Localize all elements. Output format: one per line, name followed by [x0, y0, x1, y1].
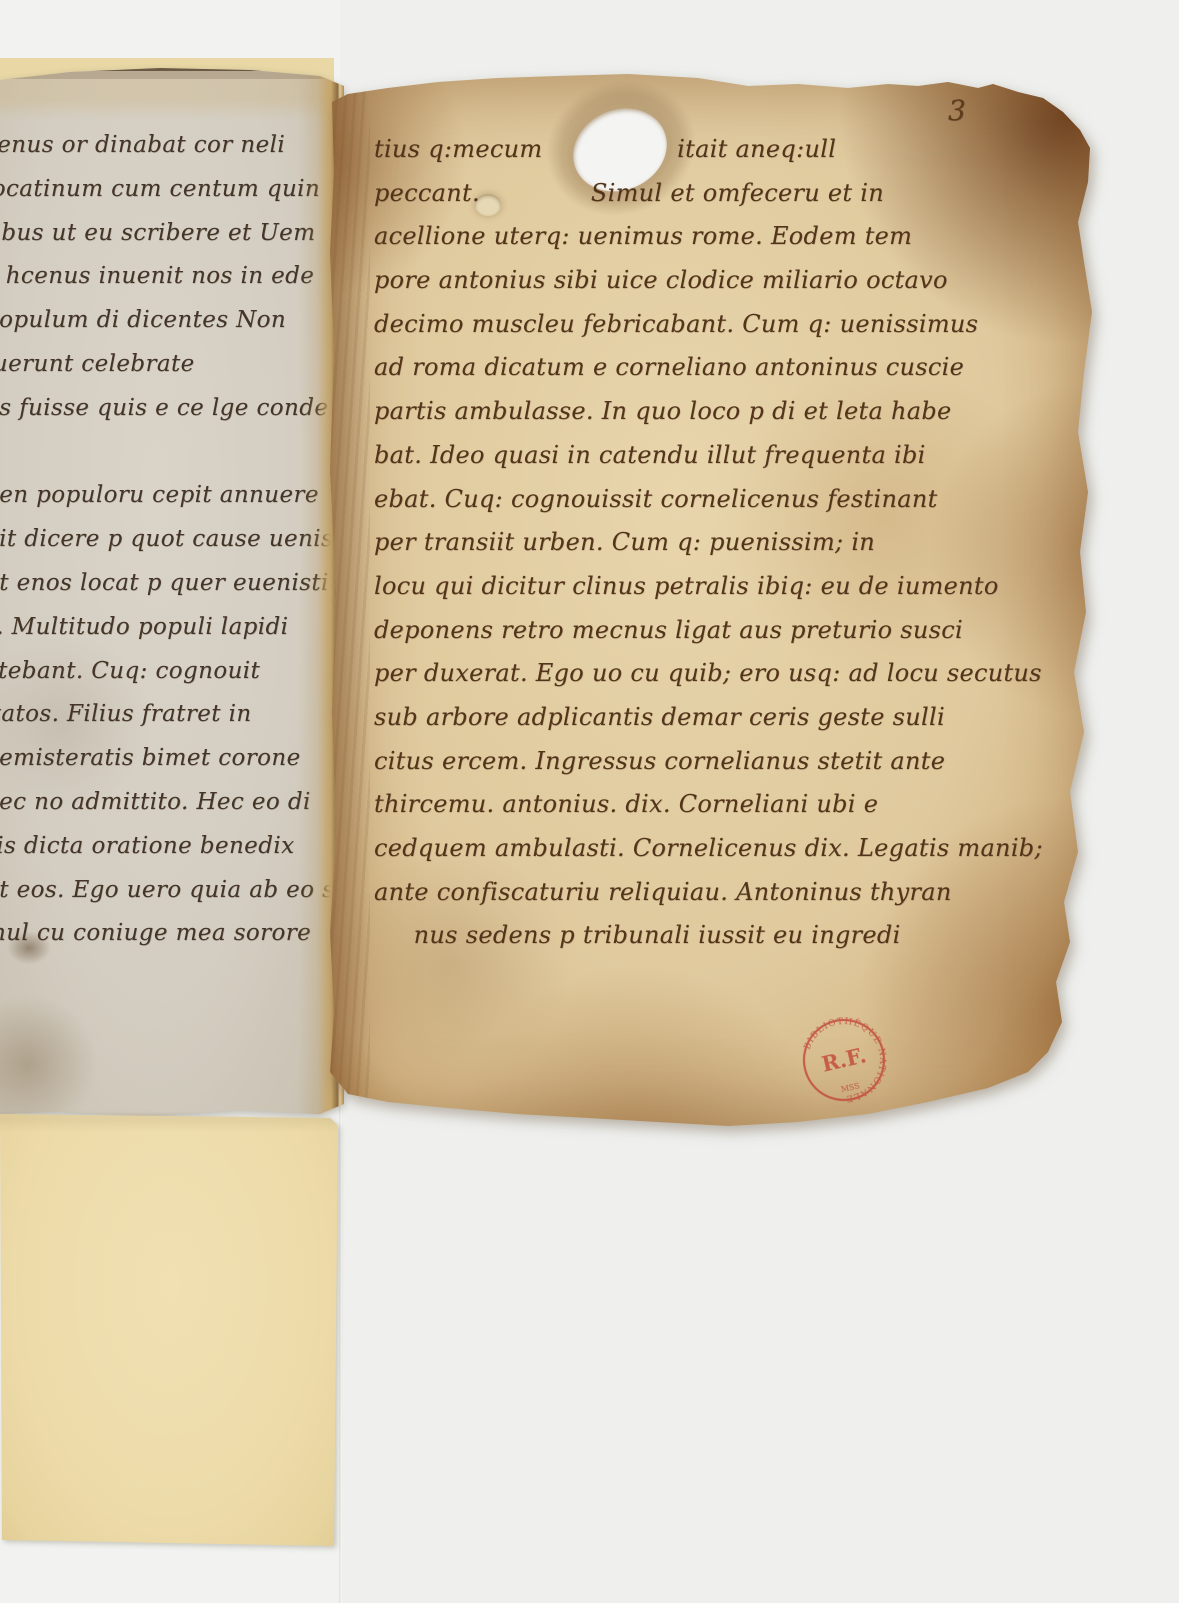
manuscript-line: locu qui dicitur clinus petralis ibiq: e…: [374, 565, 1074, 609]
manuscript-line: ebat. Cuq: cognouissit cornelicenus fest…: [374, 478, 1074, 522]
flyleaf: [0, 1106, 340, 1552]
left-margin-crumple: [328, 72, 370, 1134]
left-page: cenus or dinabat cor nelilocatinum cum c…: [0, 64, 344, 1128]
manuscript-line: tius q:mecum itait aneq:ull: [374, 128, 1074, 172]
stamp-center-label: R.F.: [819, 1042, 868, 1076]
right-page: 3 tius q:mecum itait aneq:ullpeccant. Si…: [328, 72, 1100, 1134]
manuscript-photo: cenus or dinabat cor nelilocatinum cum c…: [0, 0, 1179, 1603]
edge-nick-hole: [1069, 954, 1083, 970]
right-page-parchment: 3 tius q:mecum itait aneq:ullpeccant. Si…: [328, 72, 1100, 1134]
manuscript-line: per duxerat. Ego uo cu quib; ero usq: ad…: [374, 652, 1074, 696]
manuscript-line: cedquem ambulasti. Cornelicenus dix. Leg…: [374, 827, 1074, 871]
manuscript-line: sub arbore adplicantis demar ceris geste…: [374, 696, 1074, 740]
manuscript-line: decimo muscleu febricabant. Cum q: uenis…: [374, 303, 1074, 347]
manuscript-line: ad roma dicatum e corneliano antoninus c…: [374, 346, 1074, 390]
bnf-stamp-graphic: BIBLIOTHÈQUE NATIONALE R.F. MSS: [788, 1004, 901, 1117]
manuscript-line: ante confiscaturiu reliquiau. Antoninus …: [374, 871, 1074, 915]
manuscript-line: bat. Ideo quasi in catendu illut frequen…: [374, 434, 1074, 478]
manuscript-line: per transiit urben. Cum q: puenissim; in: [374, 521, 1074, 565]
manuscript-line: nus sedens p tribunali iussit eu ingredi: [374, 914, 1074, 958]
manuscript-line: deponens retro mecnus ligat aus preturio…: [374, 609, 1074, 653]
manuscript-line: thircemu. antonius. dix. Corneliani ubi …: [374, 783, 1074, 827]
right-page-text: tius q:mecum itait aneq:ullpeccant. Simu…: [374, 128, 1074, 958]
manuscript-line: peccant. Simul et omfeceru et in: [374, 172, 1074, 216]
manuscript-line: partis ambulasse. In quo loco p di et le…: [374, 390, 1074, 434]
manuscript-line: pore antonius sibi uice clodice miliario…: [374, 259, 1074, 303]
left-page-parchment: cenus or dinabat cor nelilocatinum cum c…: [0, 64, 344, 1128]
manuscript-line: acellione uterq: uenimus rome. Eodem tem: [374, 215, 1074, 259]
bnf-stamp: BIBLIOTHÈQUE NATIONALE R.F. MSS: [788, 1004, 901, 1117]
folio-number: 3: [948, 94, 966, 127]
manuscript-line: citus ercem. Ingressus cornelianus steti…: [374, 740, 1074, 784]
flyleaf-paper: [0, 1106, 340, 1552]
